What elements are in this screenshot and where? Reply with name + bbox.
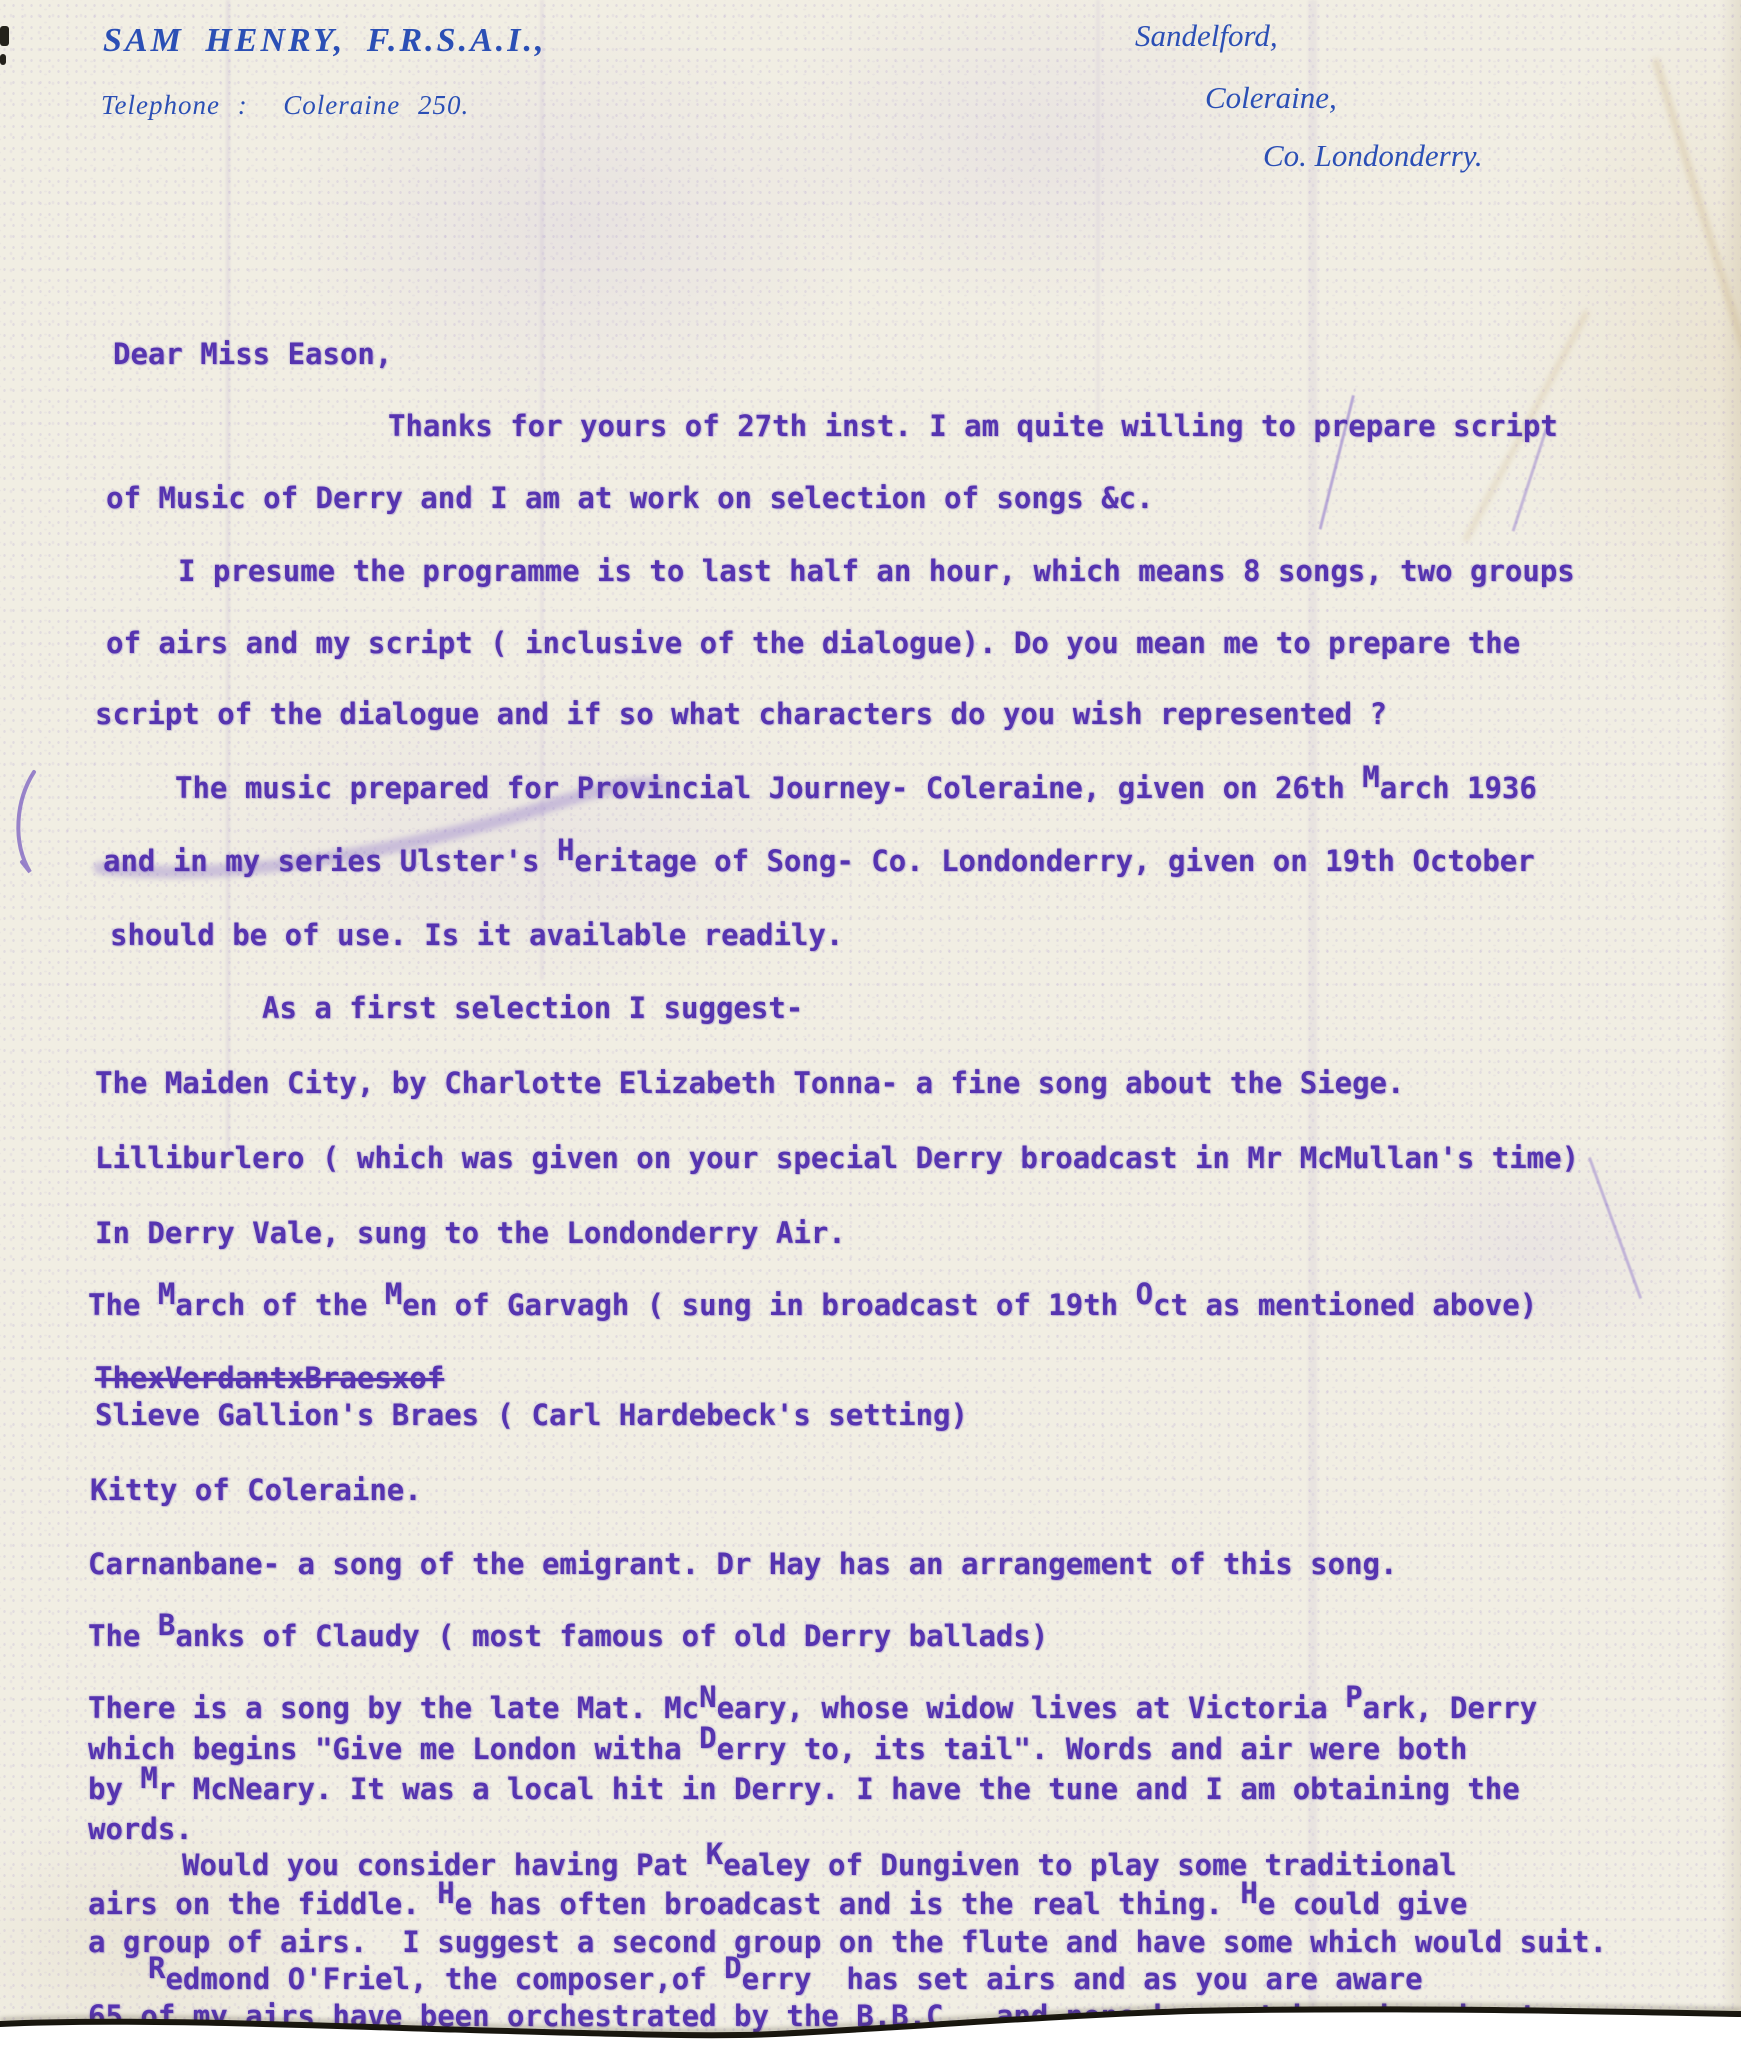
salutation: Dear Miss Eason,: [113, 338, 392, 370]
letter-text: of airs and my script ( inclusive of the…: [106, 626, 1520, 660]
raised-letter: H: [557, 833, 574, 867]
strikeout-line: ThexVerdantxBraesxof: [95, 1362, 444, 1394]
letter-text: script of the dialogue and if so what ch…: [95, 697, 1387, 731]
letter-text: en of Garvagh ( sung in broadcast of 19t…: [402, 1288, 1135, 1322]
raised-letter: D: [699, 1721, 716, 1755]
raised-letter: M: [140, 1761, 157, 1795]
letter-line: words.: [88, 1813, 193, 1845]
letter-text: Slieve Gallion's Braes ( Carl Hardebeck'…: [95, 1398, 968, 1432]
letter-line: of airs and my script ( inclusive of the…: [106, 627, 1520, 659]
struck-text: ThexVerdantxBraesxof: [95, 1361, 444, 1395]
letter-line: Redmond O'Friel, the composer,of Derry h…: [148, 1963, 1423, 1995]
letter-text: The: [88, 1619, 158, 1653]
letter-line: Would you consider having Pat Kealey of …: [182, 1849, 1457, 1881]
letter-text: airs on the fiddle.: [88, 1887, 437, 1921]
letter-text: erry has set airs and as you are aware: [742, 1962, 1423, 1996]
letter-text: eary, whose widow lives at Victoria: [717, 1691, 1346, 1725]
letter-line: The Banks of Claudy ( most famous of old…: [88, 1620, 1048, 1652]
letter-text: arch 1936: [1380, 771, 1537, 805]
letter-text: should be of use. Is it available readil…: [110, 918, 843, 952]
letter-text: ark, Derry: [1363, 1691, 1538, 1725]
letter-text: As a first selection I suggest-: [262, 991, 803, 1025]
letter-line: by Mr McNeary. It was a local hit in Der…: [88, 1773, 1520, 1805]
letter-text: eritage of Song- Co. Londonderry, given …: [574, 844, 1534, 878]
letter-text: The music prepared for Provincial Journe…: [175, 771, 1362, 805]
letter-text: anks of Claudy ( most famous of old Derr…: [175, 1619, 1048, 1653]
letter-body: Dear Miss Eason,Thanks for yours of 27th…: [0, 0, 1741, 2048]
letter-line: should be of use. Is it available readil…: [110, 919, 843, 951]
letter-text: e has often broadcast and is the real th…: [455, 1887, 1241, 1921]
letter-line: airs on the fiddle. He has often broadca…: [88, 1888, 1467, 1920]
letter-line: The music prepared for Provincial Journe…: [175, 772, 1537, 804]
raised-letter: M: [385, 1277, 402, 1311]
raised-letter: K: [706, 1837, 723, 1871]
letter-text: e could give: [1258, 1887, 1468, 1921]
raised-letter: O: [1136, 1277, 1153, 1311]
raised-letter: N: [699, 1680, 716, 1714]
raised-letter: P: [1345, 1680, 1362, 1714]
letter-line: a group of airs. I suggest a second grou…: [88, 1926, 1607, 1958]
letter-text: edmond O'Friel, the composer,of: [165, 1962, 724, 1996]
letter-line: of Music of Derry and I am at work on se…: [106, 482, 1154, 514]
letter-text: Dear Miss Eason,: [113, 337, 392, 371]
scanned-letter-page: SAM HENRY, F.R.S.A.I., Telephone : Coler…: [0, 0, 1741, 2048]
letter-line: The Maiden City, by Charlotte Elizabeth …: [95, 1067, 1404, 1099]
raised-letter: R: [148, 1951, 165, 1985]
letter-text: erry to, its tail". Words and air were b…: [717, 1732, 1468, 1766]
letter-line: Lilliburlero ( which was given on your s…: [95, 1142, 1579, 1174]
letter-text: ct as mentioned above): [1153, 1288, 1537, 1322]
letter-line: script of the dialogue and if so what ch…: [95, 698, 1387, 730]
letter-text: and in my series Ulster's: [103, 844, 557, 878]
letter-text: Kitty of Coleraine.: [90, 1473, 422, 1507]
letter-line: and in my series Ulster's Heritage of So…: [103, 845, 1535, 877]
letter-text: There is a song by the late Mat. Mc: [88, 1691, 699, 1725]
letter-text: a group of airs. I suggest a second grou…: [88, 1925, 1607, 1959]
letter-line: Slieve Gallion's Braes ( Carl Hardebeck'…: [95, 1399, 968, 1431]
raised-letter: B: [158, 1608, 175, 1642]
letter-text: The Maiden City, by Charlotte Elizabeth …: [95, 1066, 1404, 1100]
raised-letter: H: [437, 1876, 454, 1910]
raised-letter: M: [1362, 760, 1379, 794]
raised-letter: D: [724, 1951, 741, 1985]
letter-text: Thanks for yours of 27th inst. I am quit…: [388, 409, 1558, 443]
raised-letter: M: [158, 1277, 175, 1311]
letter-line: Thanks for yours of 27th inst. I am quit…: [388, 410, 1558, 442]
letter-text: of Music of Derry and I am at work on se…: [106, 481, 1154, 515]
letter-line: 65 of my airs have been orchestrated by …: [88, 2000, 1555, 2032]
letter-text: ealey of Dungiven to play some tradition…: [723, 1848, 1456, 1882]
letter-text: r McNeary. It was a local hit in Derry. …: [158, 1772, 1520, 1806]
raised-letter: H: [1240, 1876, 1257, 1910]
letter-text: Carnanbane- a song of the emigrant. Dr H…: [88, 1547, 1397, 1581]
letter-text: by: [88, 1772, 140, 1806]
letter-text: In Derry Vale, sung to the Londonderry A…: [95, 1216, 846, 1250]
letter-text: arch of the: [175, 1288, 385, 1322]
letter-text: The: [88, 1288, 158, 1322]
letter-line: The March of the Men of Garvagh ( sung i…: [88, 1289, 1537, 1321]
letter-line: Kitty of Coleraine.: [90, 1474, 422, 1506]
letter-line: There is a song by the late Mat. McNeary…: [88, 1692, 1537, 1724]
letter-text: words.: [88, 1812, 193, 1846]
letter-text: 65 of my airs have been orchestrated by …: [88, 1999, 1555, 2033]
letter-line: I presume the programme is to last half …: [178, 555, 1575, 587]
letter-text: Lilliburlero ( which was given on your s…: [95, 1141, 1579, 1175]
letter-line: In Derry Vale, sung to the Londonderry A…: [95, 1217, 846, 1249]
letter-line: which begins "Give me London witha Derry…: [88, 1733, 1467, 1765]
letter-line: Carnanbane- a song of the emigrant. Dr H…: [88, 1548, 1397, 1580]
letter-text: I presume the programme is to last half …: [178, 554, 1575, 588]
letter-text: which begins "Give me London witha: [88, 1732, 699, 1766]
letter-line: As a first selection I suggest-: [262, 992, 803, 1024]
